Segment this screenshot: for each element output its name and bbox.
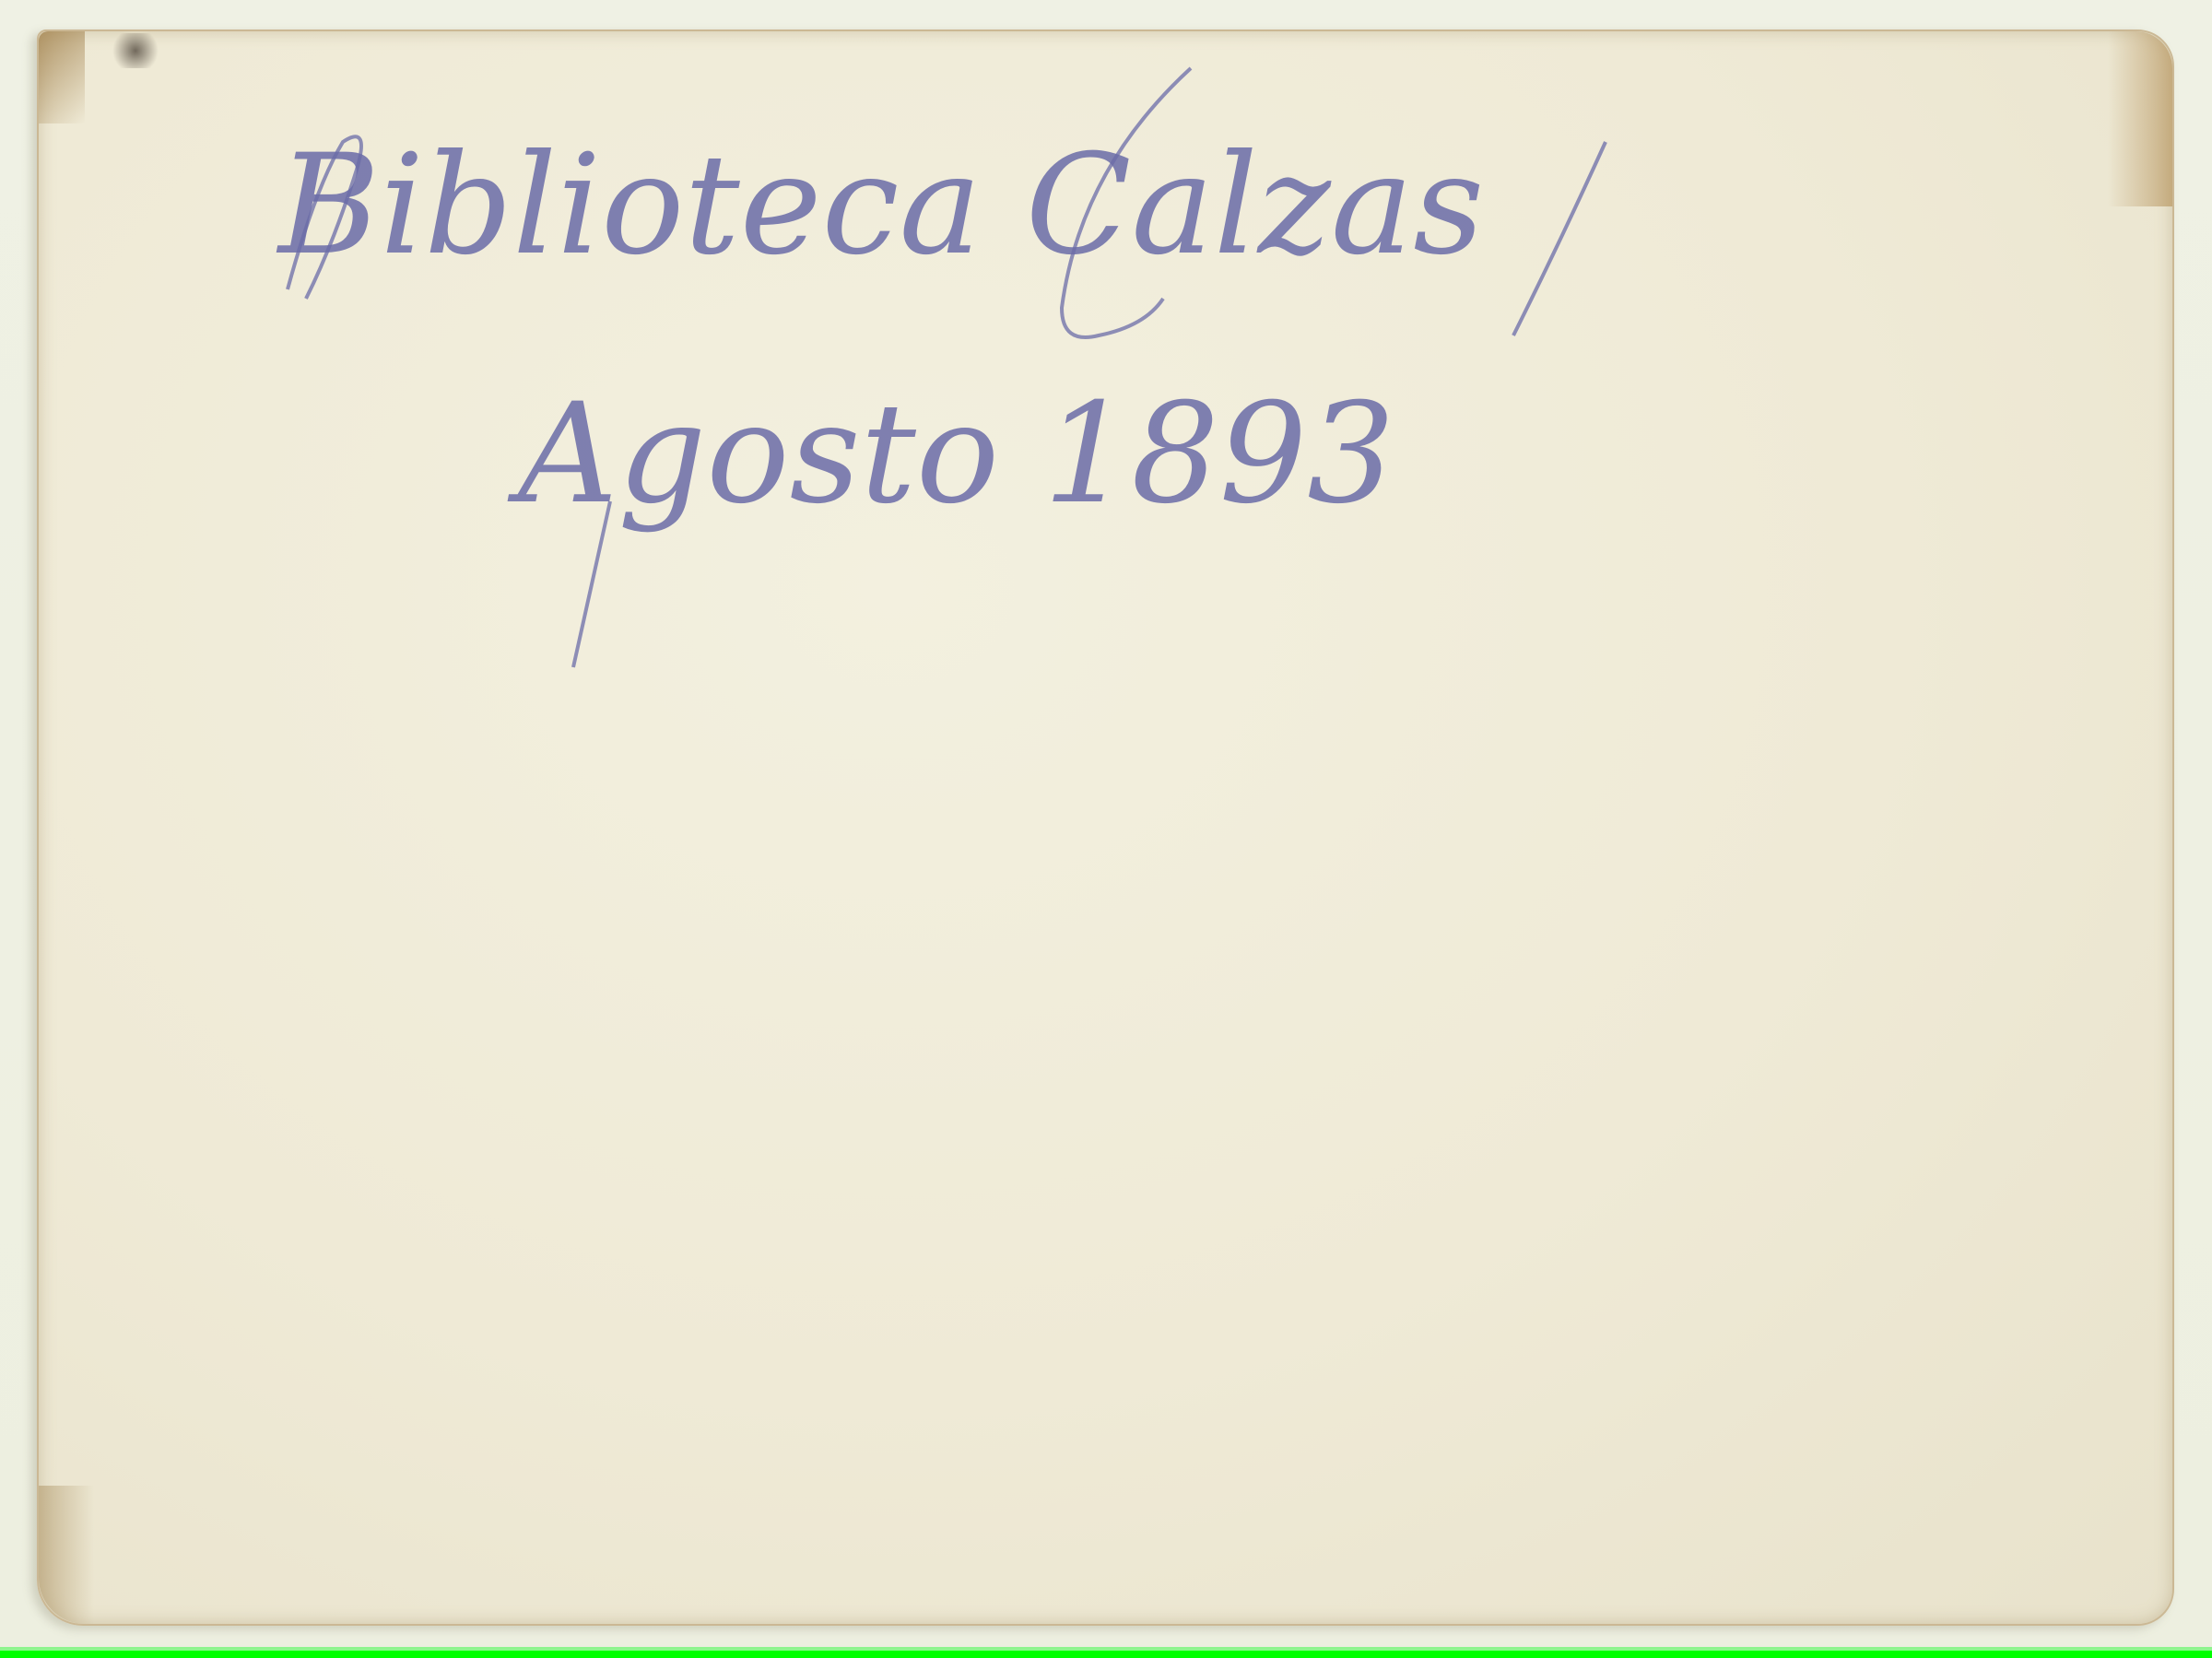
handwritten-inscription: Biblioteca Calzas Agosto 1893 <box>39 31 2172 1624</box>
inscription-line-1: Biblioteca Calzas <box>276 125 1484 286</box>
photo-card-back: Biblioteca Calzas Agosto 1893 <box>37 29 2174 1626</box>
inscription-line-2: Agosto 1893 <box>507 374 1395 535</box>
bottom-green-bar <box>0 1651 2212 1658</box>
